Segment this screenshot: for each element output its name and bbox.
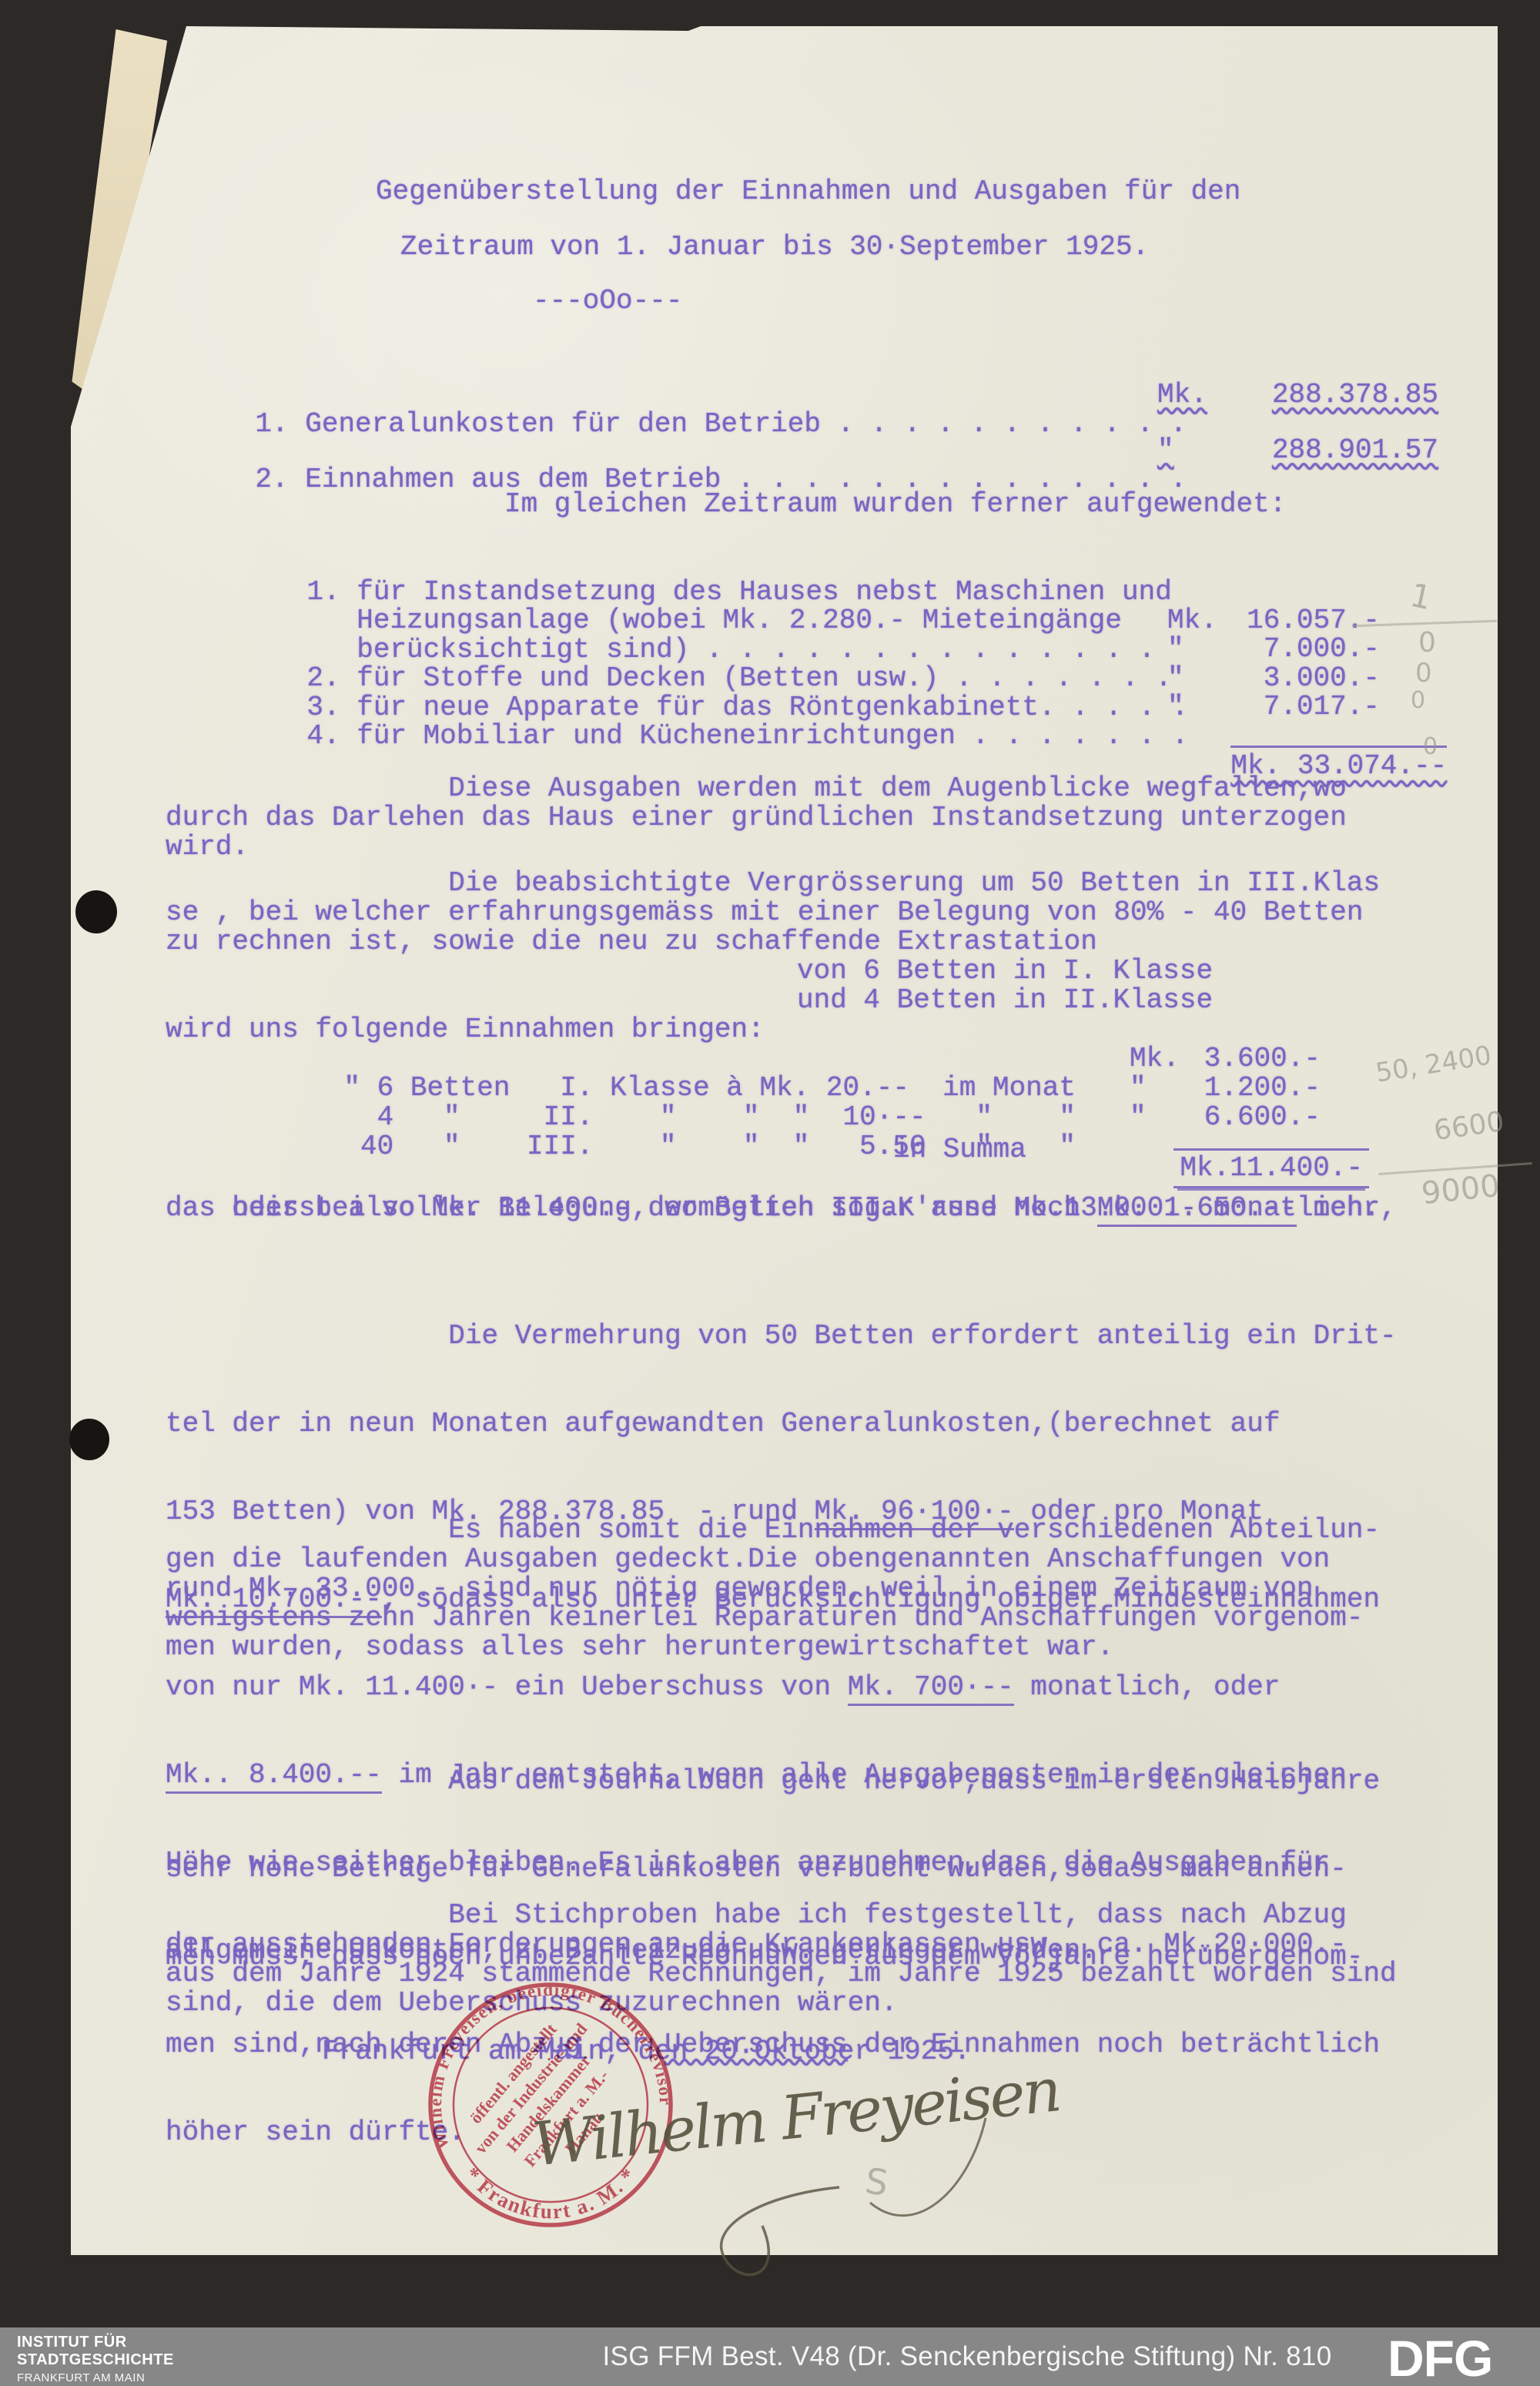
expense-amount: " 3.000.- <box>1167 664 1380 693</box>
expense-amount: " 7.017.- <box>1167 692 1380 722</box>
pencil-zero: 0 <box>1415 658 1432 689</box>
punch-hole-bottom <box>69 1419 109 1460</box>
summary-amount: Mk. 288.378.85 <box>1157 380 1438 410</box>
beds-amount: " 1.200.- <box>1130 1074 1321 1103</box>
beds-intro: wird uns folgende Einnahmen bringen: <box>166 1015 765 1044</box>
doc-title-line1: Gegenüberstellung der Einnahmen und Ausg… <box>376 177 1240 206</box>
pencil-zero: 0 <box>1411 687 1425 714</box>
value: 7.000.- <box>1264 635 1380 664</box>
currency: " <box>1167 692 1184 722</box>
line: sehr hohe Beträge für Generalunkosten ve… <box>166 1855 1380 1884</box>
value: 288.901.57 <box>1272 436 1438 465</box>
signature-flourish <box>508 2049 1016 2295</box>
pencil-zero: 0 <box>1418 627 1436 658</box>
currency: Mk. <box>1167 606 1217 635</box>
pencil-zero: 0 <box>1423 733 1438 760</box>
beds-note-1: von 6 Betten in I. Klasse <box>797 957 1213 986</box>
doc-title-divider: ---oOo--- <box>533 287 682 316</box>
archive-footer-bar: INSTITUT FÜR STADTGESCHICHTE FRANKFURT A… <box>0 2327 1540 2386</box>
institute-logo: INSTITUT FÜR STADTGESCHICHTE FRANKFURT A… <box>17 2334 174 2386</box>
beds-note-2: und 4 Betten in II.Klasse <box>797 986 1213 1015</box>
value: 288.378.85 <box>1272 380 1438 410</box>
text: monatlich, oder <box>1014 1671 1281 1703</box>
expense-text: 4. für Mobiliar und Kücheneinrichtungen … <box>306 720 1188 752</box>
summary-amount: " 288.901.57 <box>1157 436 1438 465</box>
dfg-logo: DFG <box>1388 2329 1492 2386</box>
paragraph-a: Diese Ausgaben werden mit dem Augenblick… <box>166 774 1347 862</box>
currency: Mk. <box>1157 380 1207 410</box>
line: von nur Mk. 11.400·- ein Ueberschuss von… <box>166 1673 1397 1702</box>
summary-label: 1. Generalunkosten für den Betrieb . . .… <box>255 408 1187 440</box>
line: Aus dem Journalbuch geht hervor,dass im … <box>166 1767 1380 1796</box>
line: Die Vermehrung von 50 Betten erfordert a… <box>166 1322 1397 1351</box>
archive-reference: ISG FFM Best. V48 (Dr. Senckenbergische … <box>603 2341 1332 2372</box>
currency: " <box>1157 436 1174 465</box>
expense-amount: Mk. 16.057.- <box>1167 606 1380 635</box>
currency: " <box>1167 635 1184 664</box>
summa-label: in Summa <box>893 1135 1026 1165</box>
line: tel der in neun Monaten aufgewandten Gen… <box>166 1409 1397 1439</box>
paragraph-d: Es haben somit die Einnahmen der verschi… <box>166 1516 1380 1662</box>
institute-line: STADTGESCHICHTE <box>17 2351 174 2369</box>
value: 7.017.- <box>1264 692 1380 722</box>
value: 3.000.- <box>1264 664 1380 693</box>
value: 1.200.- <box>1204 1074 1321 1103</box>
value: 16.057.- <box>1247 606 1380 635</box>
value: 3.600.- <box>1204 1044 1321 1074</box>
text: von nur Mk. 11.400·- ein Ueberschuss von <box>166 1671 848 1703</box>
paragraph-b: Die beabsichtigte Vergrösserung um 50 Be… <box>166 869 1380 957</box>
doc-title-line2: Zeitraum von 1. Januar bis 30·September … <box>400 233 1149 262</box>
paragraph-f: Bei Stichproben habe ich festgestellt, d… <box>166 1901 1397 2018</box>
currency: " <box>1167 664 1184 693</box>
beds-amount: Mk. 3.600.- <box>1130 1044 1321 1074</box>
expense-amount: " 7.000.- <box>1167 635 1380 664</box>
scanned-archive-page: Gegenüberstellung der Einnahmen und Ausg… <box>0 0 1540 2386</box>
institute-line: FRANKFURT AM MAIN <box>17 2369 174 2386</box>
institute-line: INSTITUT FÜR <box>17 2334 174 2351</box>
punch-hole-top <box>75 890 117 933</box>
underlined-amount: Mk. 700·-- <box>848 1671 1014 1706</box>
beds-after-line2: das heisst also Mk. 11.400.-, womöglich … <box>166 1194 1380 1223</box>
currency: Mk. <box>1130 1044 1180 1074</box>
mid-heading: Im gleichen Zeitraum wurden ferner aufge… <box>504 490 1286 519</box>
currency: " <box>1130 1074 1147 1103</box>
